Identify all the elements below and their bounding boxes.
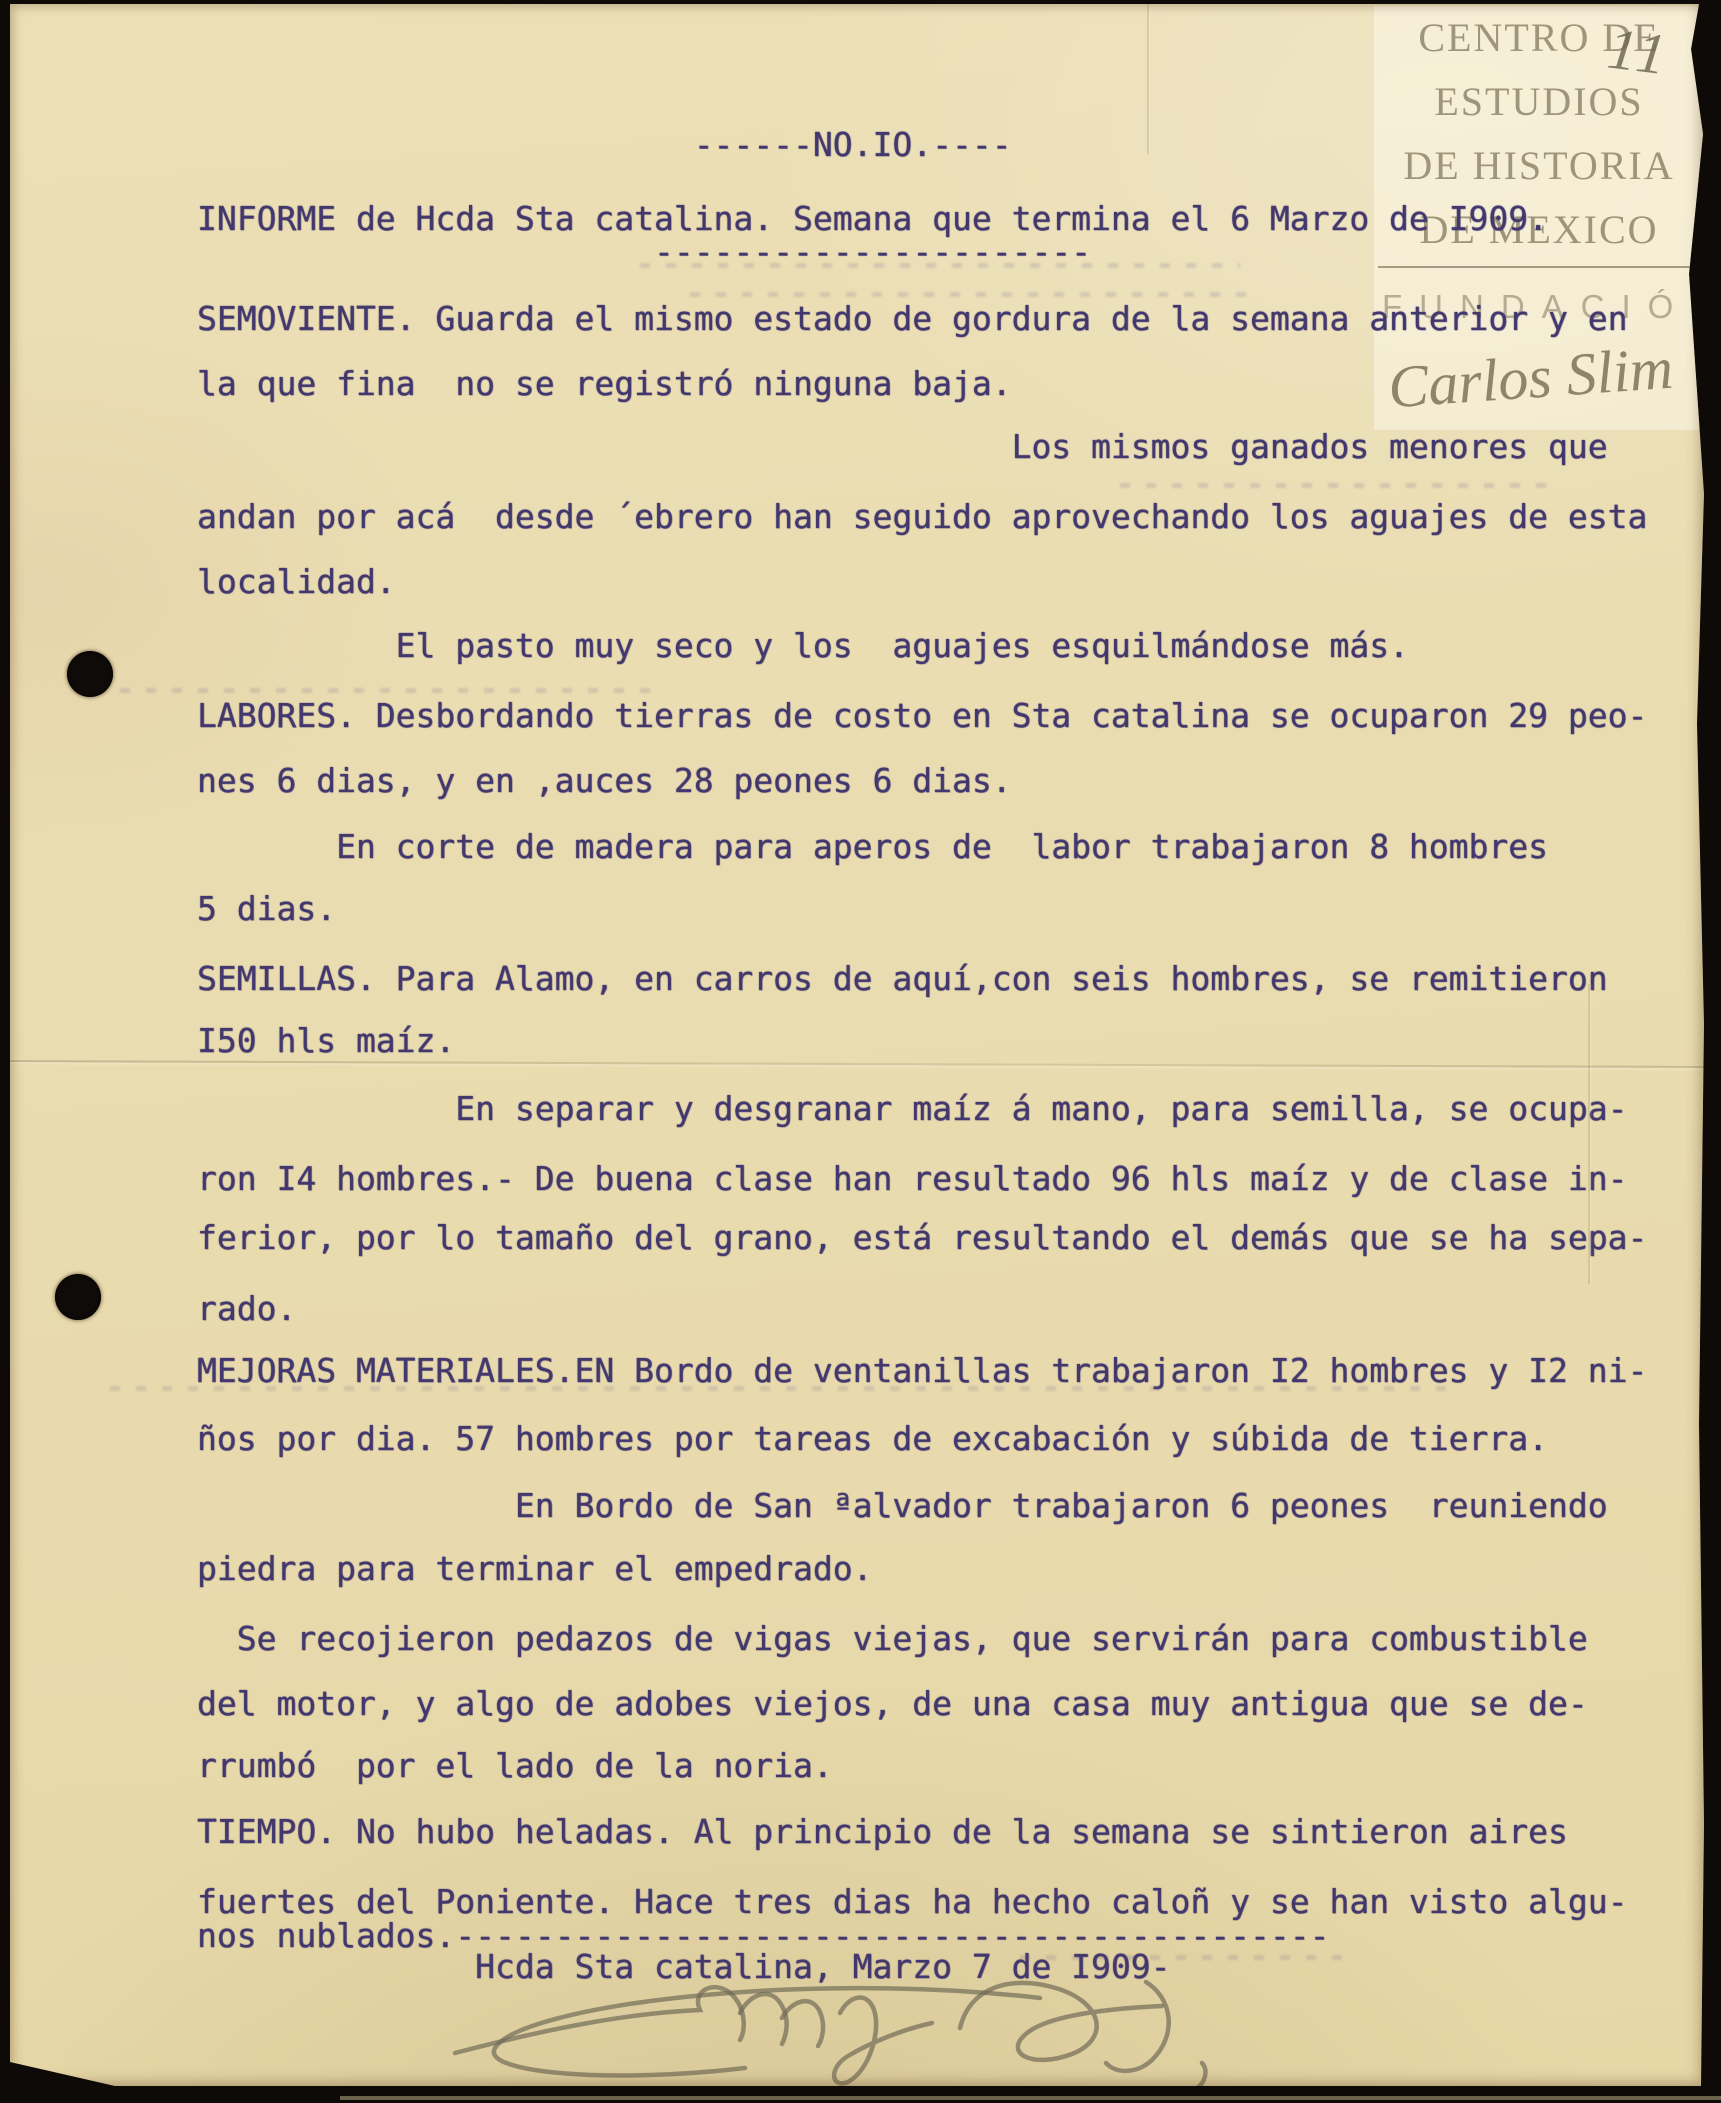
document-line: piedra para terminar el empedrado. bbox=[197, 1550, 873, 1588]
horizontal-fold-crease bbox=[10, 1060, 1704, 1068]
document-line: ron I4 hombres.- De buena clase han resu… bbox=[197, 1160, 1627, 1198]
under-sheet-edge bbox=[340, 2096, 1721, 2100]
document-paper: CENTRO DE ESTUDIOS DE HISTORIA DE MEXICO… bbox=[10, 4, 1704, 2086]
ink-ghost-row bbox=[640, 263, 1240, 268]
ink-ghost-row bbox=[110, 1386, 1460, 1391]
document-line: El pasto muy seco y los aguajes esquilmá… bbox=[197, 627, 1409, 665]
document-line: En Bordo de San ªalvador trabajaron 6 pe… bbox=[197, 1487, 1608, 1525]
document-line: Se recojieron pedazos de vigas viejas, q… bbox=[197, 1620, 1588, 1658]
document-line: En separar y desgranar maíz á mano, para… bbox=[197, 1090, 1627, 1128]
ink-ghost-row bbox=[690, 292, 1250, 297]
document-line: andan por acá desde ´ebrero han seguido … bbox=[197, 498, 1647, 536]
ink-ghost-row bbox=[120, 688, 660, 693]
document-line: nes 6 dias, y en ‚auces 28 peones 6 dias… bbox=[197, 762, 1012, 800]
document-line: localidad. bbox=[197, 563, 396, 601]
document-line: I50 hls maíz. bbox=[197, 1022, 455, 1060]
vertical-crease-right bbox=[1588, 984, 1590, 1284]
document-line: la que fina no se registró ninguna baja. bbox=[197, 365, 1012, 403]
watermark-divider bbox=[1378, 266, 1696, 268]
document-line: En corte de madera para aperos de labor … bbox=[197, 828, 1548, 866]
document-line: SEMILLAS. Para Alamo, en carros de aquí,… bbox=[197, 960, 1608, 998]
document-line: ños por dia. 57 hombres por tareas de ex… bbox=[197, 1420, 1548, 1458]
document-line: 5 dias. bbox=[197, 890, 336, 928]
signature-scrawl bbox=[400, 1968, 1270, 2098]
ink-ghost-row bbox=[1120, 483, 1550, 488]
document-line: Los mismos ganados menores que bbox=[197, 428, 1608, 466]
punch-hole-bottom bbox=[55, 1274, 101, 1320]
watermark-line-3: DE HISTORIA bbox=[1374, 142, 1704, 189]
punch-hole-top bbox=[67, 651, 113, 697]
document-line: LABORES. Desbordando tierras de costo en… bbox=[197, 697, 1647, 735]
pencil-page-number: 11 bbox=[1604, 14, 1673, 88]
document-line: rrumbó por el lado de la noria. bbox=[197, 1747, 833, 1785]
document-line: TIEMPO. No hubo heladas. Al principio de… bbox=[197, 1813, 1568, 1851]
document-line: del motor, y algo de adobes viejos, de u… bbox=[197, 1685, 1588, 1723]
vertical-crease-top bbox=[1147, 4, 1149, 154]
document-line: ferior, por lo tamaño del grano, está re… bbox=[197, 1219, 1647, 1257]
watermark-signature: Carlos Slim bbox=[1386, 331, 1720, 423]
document-line: SEMOVIENTE. Guarda el mismo estado de go… bbox=[197, 300, 1627, 338]
document-line: rado. bbox=[197, 1290, 296, 1328]
document-line: MEJORAS MATERIALES.EN Bordo de ventanill… bbox=[197, 1352, 1647, 1390]
photograph-background: CENTRO DE ESTUDIOS DE HISTORIA DE MEXICO… bbox=[0, 0, 1721, 2103]
document-line: ------NO.IO.---- bbox=[197, 126, 1012, 164]
ink-ghost-row bbox=[1020, 1955, 1350, 1960]
